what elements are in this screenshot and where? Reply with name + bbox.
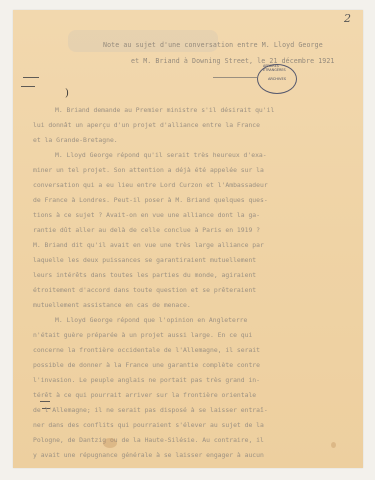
text-line: laquelle les deux puissances se garantir…	[33, 253, 283, 268]
document-title-line-2: et M. Briand à Downing Street, le 21 déc…	[131, 57, 375, 65]
margin-mark	[23, 77, 39, 78]
paper-stain	[103, 438, 117, 448]
text-line: l'invasion. Le peuple anglais ne portait…	[33, 373, 283, 388]
paragraph: M. Briand demande au Premier ministre s'…	[33, 103, 283, 148]
text-line: conversation qui a eu lieu entre Lord Cu…	[33, 178, 283, 193]
page-number: 2	[344, 12, 351, 25]
text-line: Pologne, de Dantzig ou de la Haute-Silés…	[33, 433, 283, 448]
text-line: rantie dût aller au delà de celle conclu…	[33, 223, 283, 238]
stamp-inner-text: ARCHIVES	[268, 77, 286, 81]
text-line: possible de donner à la France une garan…	[33, 358, 283, 373]
text-line: de l'Allemagne; il ne serait pas disposé…	[33, 403, 283, 418]
archives-stamp: AFFAIRES ÉTRANGÈRES ARCHIVES	[257, 64, 297, 94]
text-line: de France à Londres. Peut-il poser à M. …	[33, 193, 283, 208]
margin-annotation: )	[65, 88, 69, 99]
text-line: tions à ce sujet ? Avait-on en vue une a…	[33, 208, 283, 223]
paper-stain	[331, 442, 336, 448]
text-line: leurs intérêts dans toutes les parties d…	[33, 268, 283, 283]
title-divider	[213, 77, 257, 78]
document-body: M. Briand demande au Premier ministre s'…	[33, 103, 283, 463]
text-line: ner dans des conflits qui pourraient s'é…	[33, 418, 283, 433]
text-line: et la Grande-Bretagne.	[33, 133, 283, 148]
margin-mark	[21, 86, 35, 87]
stamp-outer-text: AFFAIRES ÉTRANGÈRES	[263, 64, 296, 72]
text-line: M. Briand demande au Premier ministre s'…	[33, 103, 283, 118]
document-page: 2 Note au sujet d'une conversation entre…	[13, 10, 363, 468]
text-line: M. Lloyd George répond que l'opinion en …	[33, 313, 283, 328]
text-line: étroitement d'accord dans toute question…	[33, 283, 283, 298]
text-line: lui donnât un aperçu d'un projet d'allia…	[33, 118, 283, 133]
paragraph: M. Lloyd George répond que l'opinion en …	[33, 313, 283, 463]
text-line: térêt à ce qui pourrait arriver sur la f…	[33, 388, 283, 403]
text-line: mutuellement assistance en cas de menace…	[33, 298, 283, 313]
text-line: concerne la frontière occidentale de l'A…	[33, 343, 283, 358]
document-title-line-1: Note au sujet d'une conversation entre M…	[103, 41, 363, 49]
text-line: M. Briand dit qu'il avait en vue une trè…	[33, 238, 283, 253]
text-line: y avait une répugnance générale à se lai…	[33, 448, 283, 463]
text-line: miner un tel projet. Son attention a déj…	[33, 163, 283, 178]
paragraph: M. Lloyd George répond qu'il serait très…	[33, 148, 283, 313]
text-line: M. Lloyd George répond qu'il serait très…	[33, 148, 283, 163]
text-line: n'était guère préparée à un projet aussi…	[33, 328, 283, 343]
